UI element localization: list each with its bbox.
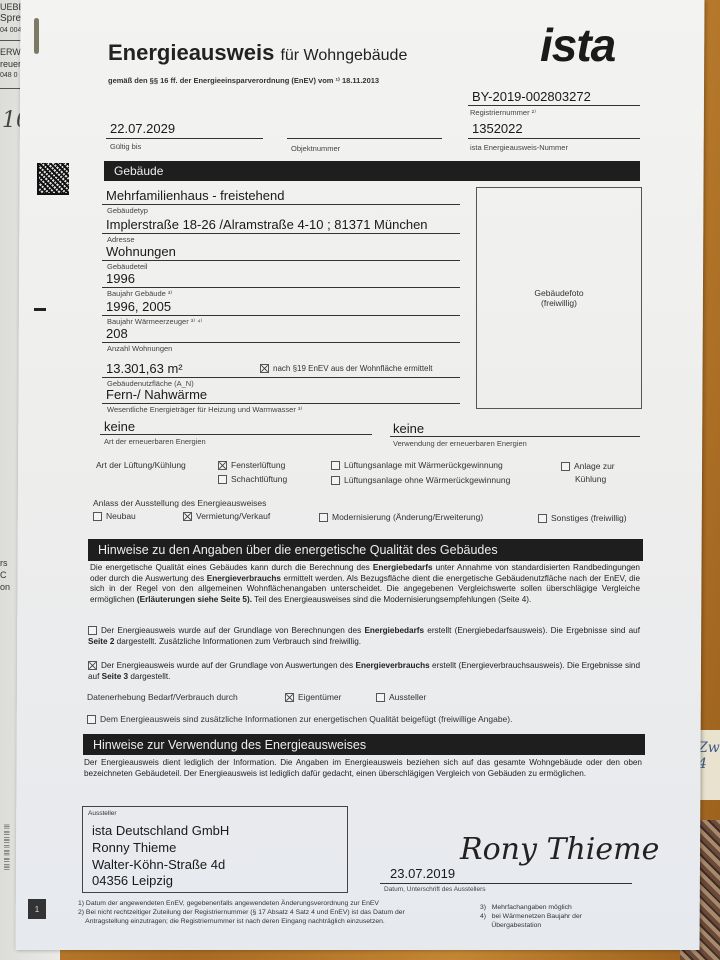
field-rule — [102, 204, 460, 205]
signature-label: Datum, Unterschrift des Ausstellers — [384, 886, 486, 893]
footnote: 4) bei Wärmenetzen Baujahr der — [480, 912, 582, 921]
anlass-option: Neubau — [93, 511, 136, 521]
back-fragment: 04 004 — [0, 25, 21, 36]
option-label: Eigentümer — [298, 692, 341, 702]
checkbox[interactable] — [561, 462, 570, 471]
text-run: Die energetische Qualität eines Gebäudes… — [90, 563, 373, 572]
emphasis-text: Energiebedarfs — [364, 626, 424, 635]
datenerhebung-aussteller: Aussteller — [376, 692, 426, 702]
field-rule — [102, 403, 460, 404]
lueftung-option: Lüftungsanlage mit Wärmerückgewinnung — [331, 460, 503, 470]
verwendung-text: Der Energieausweis dient lediglich der I… — [84, 758, 642, 779]
erneuerbare-art-label: Art der erneuerbaren Energien — [104, 437, 206, 446]
verbrauch-option-text: Der Energieausweis wurde auf der Grundla… — [88, 661, 640, 681]
option-label: Dem Energieausweis sind zusätzliche Info… — [100, 714, 512, 724]
emphasis-text: Energieverbrauchs — [207, 574, 281, 583]
signature: Rony Thieme — [460, 832, 659, 867]
gebaeude-field-value: 1996 — [106, 271, 135, 286]
gebaeude-field-value: Implerstraße 18-26 /Alramstraße 4-10 ; 8… — [106, 217, 428, 232]
footnote: Übergabestation — [480, 921, 582, 930]
field-rule — [102, 315, 460, 316]
emphasis-text: Energieverbrauchs — [355, 661, 429, 670]
checkbox[interactable] — [183, 512, 192, 521]
anlass-option: Vermietung/Verkauf — [183, 511, 270, 521]
text-run: Teil des Energieausweises sind die Moder… — [252, 595, 531, 604]
aussteller-line: Walter-Köhn-Straße 4d — [92, 857, 225, 872]
option-label: Fensterlüftung — [231, 460, 285, 470]
text-run: dargestellt. Zusätzliche Informationen z… — [114, 637, 361, 646]
field-rule — [102, 287, 460, 288]
emphasis-text: Seite 3 — [102, 672, 128, 681]
photo-label-optional: (freiwillig) — [541, 298, 577, 308]
text-run: dargestellt. — [128, 672, 170, 681]
checkbox[interactable] — [331, 461, 340, 470]
lueftung-option: Fensterlüftung — [218, 460, 285, 470]
document-title: Energieausweis für Wohngebäude — [108, 40, 407, 66]
gebaeude-field-value: Mehrfamilienhaus - freistehend — [106, 188, 284, 203]
erneuerbare-verwendung-value: keine — [393, 421, 424, 436]
aussteller-box: Aussteller ista Deutschland GmbH Ronny T… — [82, 806, 348, 893]
datenerhebung-eigentuemer: Eigentümer — [285, 692, 341, 702]
back-fragment: rs — [0, 558, 8, 569]
emphasis-text: Seite 2 — [88, 637, 114, 646]
field-rule — [102, 260, 460, 261]
back-fragment: on — [0, 582, 10, 593]
text-run: Der Energieausweis wurde auf der Grundla… — [101, 661, 355, 670]
lueftung-option: Lüftungsanlage ohne Wärmerückgewinnung — [331, 475, 510, 485]
ausweis-nummer-label: ista Energieausweis-Nummer — [470, 143, 568, 152]
section-header-hinweise-verwendung: Hinweise zur Verwendung des Energieauswe… — [83, 734, 645, 755]
option-label: Lüftungsanlage ohne Wärmerückgewinnung — [344, 475, 510, 485]
field-rule — [468, 138, 640, 139]
emphasis-text: (Erläuterungen siehe Seite 5). — [137, 595, 252, 604]
field-rule — [102, 342, 460, 343]
aussteller-line: ista Deutschland GmbH — [92, 823, 229, 838]
bedarf-option: Der Energieausweis wurde auf der Grundla… — [88, 626, 640, 647]
section-header-hinweise-qualitaet: Hinweise zu den Angaben über die energet… — [88, 539, 643, 561]
checkbox[interactable] — [88, 626, 97, 635]
gebaeude-field-label: Gebäudetyp — [107, 206, 148, 215]
back-fragment: Spre — [0, 13, 21, 24]
field-rule — [106, 138, 263, 139]
datenerhebung-label: Datenerhebung Bedarf/Verbrauch durch — [87, 692, 238, 702]
back-fragment: reuer — [0, 59, 21, 70]
registriernummer-value: BY-2019-002803272 — [472, 89, 591, 104]
checkbox[interactable] — [87, 715, 96, 724]
lueftung-label: Art der Lüftung/Kühlung — [96, 460, 186, 470]
verbrauch-option: Der Energieausweis wurde auf der Grundla… — [88, 661, 640, 682]
aussteller-label: Aussteller — [88, 810, 117, 817]
option-label: Sonstiges (freiwillig) — [551, 513, 627, 523]
gebaeude-field-value: 208 — [106, 326, 128, 341]
option-label: Aussteller — [389, 692, 426, 702]
text-run: Der Energieausweis wurde auf der Grundla… — [101, 626, 364, 635]
back-fragment: C — [0, 570, 7, 581]
gebaeude-field-label: Baujahr Wärmeerzeuger ³⁾ ⁴⁾ — [107, 317, 202, 326]
staple — [34, 18, 39, 54]
option-label: Schachtlüftung — [231, 474, 287, 484]
field-rule — [468, 105, 640, 106]
erneuerbare-art-value: keine — [104, 419, 135, 434]
checkbox[interactable] — [218, 475, 227, 484]
gueltig-bis-value: 22.07.2029 — [110, 121, 175, 136]
bedarf-option-text: Der Energieausweis wurde auf der Grundla… — [88, 626, 640, 646]
checkbox[interactable] — [538, 514, 547, 523]
field-rule — [102, 233, 460, 234]
zusatz-option: Dem Energieausweis sind zusätzliche Info… — [87, 714, 512, 724]
checkbox[interactable] — [260, 364, 269, 373]
section-header-gebaeude: Gebäude — [104, 161, 640, 181]
gebaeude-field-label: Baujahr Gebäude ³⁾ — [107, 289, 172, 298]
signature-rule — [380, 883, 632, 884]
checkbox[interactable] — [88, 661, 97, 670]
document-subtitle: gemäß den §§ 16 ff. der Energieeinsparve… — [108, 76, 379, 85]
qualitaet-intro-text: Die energetische Qualität eines Gebäudes… — [90, 563, 640, 605]
checkbox[interactable] — [319, 513, 328, 522]
photo-label: Gebäudefoto — [534, 288, 583, 298]
nutzflaeche-option-label: nach §19 EnEV aus der Wohnfläche ermitte… — [273, 364, 433, 373]
gebaeude-field-value: 13.301,63 m² — [106, 361, 183, 376]
option-label: Vermietung/Verkauf — [196, 511, 270, 521]
punch-mark — [34, 308, 46, 311]
field-rule — [102, 377, 460, 378]
footnotes-right: 3) Mehrfachangaben möglich 4) bei Wärmen… — [480, 903, 582, 930]
signature-date: 23.07.2019 — [390, 866, 455, 881]
back-fragment: 048 0 — [0, 70, 18, 81]
footnote: Antragstellung einzutragen; die Registri… — [78, 917, 405, 926]
handwritten-note-text: Zw 4 — [698, 740, 720, 772]
footnote: 2) Bei nicht rechtzeitiger Zuteilung der… — [78, 908, 405, 917]
footnote: 3) Mehrfachangaben möglich — [480, 903, 582, 912]
emphasis-text: Energiebedarfs — [373, 563, 433, 572]
aussteller-line: 04356 Leipzig — [92, 873, 173, 888]
lueftung-option: Anlage zurKühlung — [561, 461, 615, 484]
page-number-badge: 1 — [28, 899, 46, 919]
checkbox[interactable] — [93, 512, 102, 521]
title-sub: für Wohngebäude — [280, 47, 407, 64]
gebaeude-field-label: Anzahl Wohnungen — [107, 344, 172, 353]
option-label: Modernisierung (Änderung/Erweiterung) — [332, 512, 483, 522]
text-run: erstellt (Energiebedarfsausweis). Die Er… — [424, 626, 640, 635]
checkbox[interactable] — [218, 461, 227, 470]
footnotes-left: 1) Datum der angewendeten EnEV, gegebene… — [78, 899, 405, 926]
anlass-option: Sonstiges (freiwillig) — [538, 513, 627, 523]
datamatrix-code-icon — [37, 163, 69, 195]
lueftung-option: Schachtlüftung — [218, 474, 287, 484]
field-rule — [390, 436, 640, 437]
gebaeude-field-value: Wohnungen — [106, 244, 176, 259]
gebaeude-field-value: Fern-/ Nahwärme — [106, 387, 207, 402]
gebaeude-field-value: 1996, 2005 — [106, 299, 171, 314]
checkbox[interactable] — [331, 476, 340, 485]
checkbox[interactable] — [376, 693, 385, 702]
field-rule — [287, 138, 442, 139]
footnote: 1) Datum der angewendeten EnEV, gegebene… — [78, 899, 405, 908]
field-rule — [100, 434, 372, 435]
anlass-option: Modernisierung (Änderung/Erweiterung) — [319, 512, 483, 522]
gebaeude-field-label: Gebäudeteil — [107, 262, 147, 271]
checkbox[interactable] — [285, 693, 294, 702]
option-label: Neubau — [106, 511, 136, 521]
side-barcode-text: |||| ||| |||| || |||| ||| ||| — [4, 720, 18, 870]
nutzflaeche-option: nach §19 EnEV aus der Wohnfläche ermitte… — [260, 364, 433, 373]
anlass-label: Anlass der Ausstellung des Energieauswei… — [93, 498, 266, 508]
title-main: Energieausweis — [108, 40, 274, 65]
aussteller-line: Ronny Thieme — [92, 840, 176, 855]
option-label-line2: Kühlung — [561, 474, 615, 484]
gebaeude-field-label: Adresse — [107, 235, 135, 244]
ausweis-nummer-value: 1352022 — [472, 121, 523, 136]
erneuerbare-verwendung-label: Verwendung der erneuerbaren Energien — [393, 439, 527, 448]
option-label: Anlage zur — [574, 461, 615, 471]
gueltig-bis-label: Gültig bis — [110, 142, 141, 151]
gebaeude-field-label: Wesentliche Energieträger für Heizung un… — [107, 405, 302, 414]
objektnummer-label: Objektnummer — [291, 144, 340, 153]
ista-logo: ista — [540, 18, 615, 72]
gebaeudefoto-placeholder: Gebäudefoto(freiwillig) — [476, 187, 642, 409]
registriernummer-label: Registriernummer ²⁾ — [470, 108, 536, 117]
option-label: Lüftungsanlage mit Wärmerückgewinnung — [344, 460, 503, 470]
